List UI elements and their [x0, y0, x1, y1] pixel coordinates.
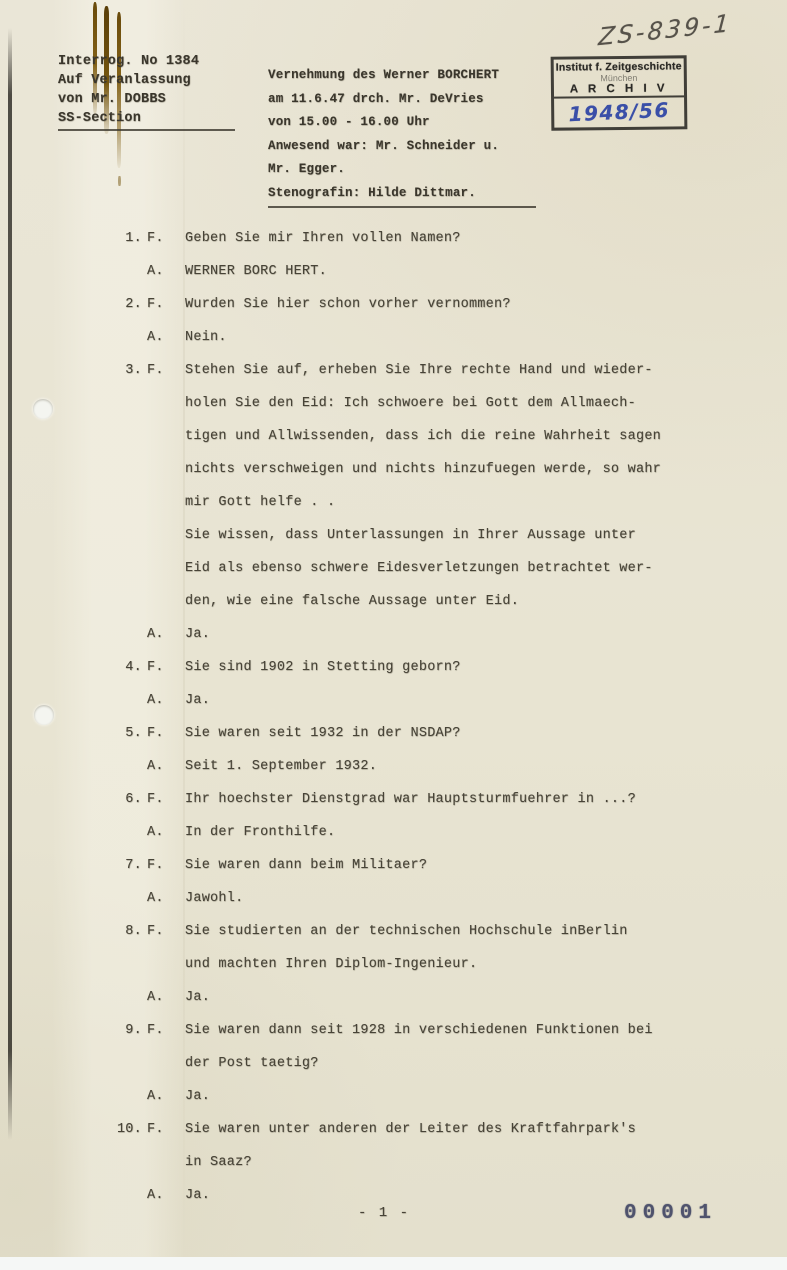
qa-letter: A.	[147, 618, 181, 651]
qa-number: 5.	[104, 717, 142, 750]
qa-number: 2.	[104, 288, 142, 321]
session-info-line: von 15.00 - 16.00 Uhr	[268, 111, 536, 135]
qa-text: Ja.	[185, 618, 210, 651]
qa-text: Ja.	[185, 1080, 210, 1113]
qa-number	[104, 1179, 142, 1212]
qa-number	[104, 1047, 142, 1080]
qa-text: Sie wissen, dass Unterlassungen in Ihrer…	[185, 519, 636, 552]
qa-number	[104, 255, 142, 288]
qa-line: 2.F.Wurden Sie hier schon vorher vernomm…	[104, 288, 661, 321]
qa-text: Ja.	[185, 684, 210, 717]
qa-letter: A.	[147, 816, 181, 849]
qa-line: den, wie eine falsche Aussage unter Eid.	[104, 585, 661, 618]
qa-line: A.Ja.	[104, 981, 661, 1014]
qa-line: 5.F.Sie waren seit 1932 in der NSDAP?	[104, 717, 661, 750]
qa-number: 8.	[104, 915, 142, 948]
qa-text: In der Fronthilfe.	[185, 816, 335, 849]
archive-stamp: Institut f. Zeitgeschichte München A R C…	[551, 55, 688, 130]
qa-line: 1.F.Geben Sie mir Ihren vollen Namen?	[104, 222, 661, 255]
session-info-line: Anwesend war: Mr. Schneider u.	[268, 135, 536, 159]
qa-number	[104, 486, 142, 519]
qa-line: A.Nein.	[104, 321, 661, 354]
interrogation-info-block: Interrog. No 1384Auf Veranlassungvon Mr.…	[58, 52, 235, 131]
qa-text: Seit 1. September 1932.	[185, 750, 377, 783]
qa-line: mir Gott helfe . .	[104, 486, 661, 519]
qa-letter: F.	[147, 1014, 181, 1047]
qa-letter: A.	[147, 1080, 181, 1113]
qa-line: holen Sie den Eid: Ich schwoere bei Gott…	[104, 387, 661, 420]
hole-punch	[33, 399, 53, 419]
qa-line: tigen und Allwissenden, dass ich die rei…	[104, 420, 661, 453]
document-page: Interrog. No 1384Auf Veranlassungvon Mr.…	[0, 0, 787, 1257]
qa-letter: F.	[147, 849, 181, 882]
qa-line: A.Ja.	[104, 684, 661, 717]
qa-text: Sie waren dann seit 1928 in verschiedene…	[185, 1014, 653, 1047]
scan-bottom-edge	[0, 1257, 787, 1270]
qa-line: 9.F.Sie waren dann seit 1928 in verschie…	[104, 1014, 661, 1047]
qa-number	[104, 321, 142, 354]
qa-letter: A.	[147, 1179, 181, 1212]
qa-number	[104, 948, 142, 981]
qa-number	[104, 420, 142, 453]
session-info-line: am 11.6.47 drch. Mr. DeVries	[268, 88, 536, 112]
stamp-accession-number: 1948/56	[554, 95, 685, 129]
page-stamp-number: 00001	[624, 1202, 717, 1225]
qa-text: den, wie eine falsche Aussage unter Eid.	[185, 585, 519, 618]
qa-number	[104, 816, 142, 849]
session-info-block: Vernehmung des Werner BORCHERTam 11.6.47…	[268, 64, 536, 208]
qa-letter	[147, 1047, 181, 1080]
qa-line: und machten Ihren Diplom-Ingenieur.	[104, 948, 661, 981]
ink-streak-drip	[118, 176, 121, 186]
qa-letter: F.	[147, 288, 181, 321]
qa-number	[104, 585, 142, 618]
qa-text: Wurden Sie hier schon vorher vernommen?	[185, 288, 511, 321]
qa-line: A.Ja.	[104, 1080, 661, 1113]
qa-text: und machten Ihren Diplom-Ingenieur.	[185, 948, 477, 981]
qa-text: Nein.	[185, 321, 227, 354]
qa-number	[104, 981, 142, 1014]
qa-text: WERNER BORC HERT.	[185, 255, 327, 288]
qa-letter: A.	[147, 750, 181, 783]
qa-text: Ja.	[185, 981, 210, 1014]
qa-list: 1.F.Geben Sie mir Ihren vollen Namen?A.W…	[104, 222, 661, 1212]
page-number: - 1 -	[358, 1205, 410, 1221]
qa-line: Eid als ebenso schwere Eidesverletzungen…	[104, 552, 661, 585]
qa-letter	[147, 948, 181, 981]
qa-letter	[147, 453, 181, 486]
qa-letter: A.	[147, 882, 181, 915]
qa-line: 4.F.Sie sind 1902 in Stetting geborn?	[104, 651, 661, 684]
qa-text: Sie waren seit 1932 in der NSDAP?	[185, 717, 461, 750]
qa-number: 6.	[104, 783, 142, 816]
qa-text: tigen und Allwissenden, dass ich die rei…	[185, 420, 661, 453]
qa-letter: F.	[147, 915, 181, 948]
qa-number	[104, 1080, 142, 1113]
qa-number	[104, 552, 142, 585]
qa-letter: A.	[147, 684, 181, 717]
qa-text: nichts verschweigen und nichts hinzufueg…	[185, 453, 661, 486]
qa-text: Sie waren dann beim Militaer?	[185, 849, 427, 882]
qa-letter: A.	[147, 255, 181, 288]
qa-number	[104, 750, 142, 783]
archive-reference-handwritten: ZS-839-1	[597, 5, 773, 52]
qa-line: A.WERNER BORC HERT.	[104, 255, 661, 288]
qa-letter	[147, 486, 181, 519]
qa-number: 9.	[104, 1014, 142, 1047]
qa-number: 1.	[104, 222, 142, 255]
stamp-archive-label: A R C H I V	[554, 82, 684, 96]
session-info-line: Mr. Egger.	[268, 158, 536, 182]
qa-line: A.Ja.	[104, 618, 661, 651]
qa-text: Eid als ebenso schwere Eidesverletzungen…	[185, 552, 653, 585]
qa-text: Geben Sie mir Ihren vollen Namen?	[185, 222, 461, 255]
qa-text: Ihr hoechster Dienstgrad war Hauptsturmf…	[185, 783, 636, 816]
interrogation-info-line: Auf Veranlassung	[58, 71, 235, 90]
qa-text: Sie studierten an der technischen Hochsc…	[185, 915, 628, 948]
qa-number: 7.	[104, 849, 142, 882]
qa-line: 10.F.Sie waren unter anderen der Leiter …	[104, 1113, 661, 1146]
qa-line: in Saaz?	[104, 1146, 661, 1179]
archive-stamp-header: Institut f. Zeitgeschichte München A R C…	[554, 58, 684, 98]
qa-letter: F.	[147, 717, 181, 750]
qa-text: holen Sie den Eid: Ich schwoere bei Gott…	[185, 387, 636, 420]
qa-number: 3.	[104, 354, 142, 387]
qa-letter: A.	[147, 981, 181, 1014]
qa-number	[104, 684, 142, 717]
qa-number	[104, 882, 142, 915]
qa-text: in Saaz?	[185, 1146, 252, 1179]
qa-line: 3.F.Stehen Sie auf, erheben Sie Ihre rec…	[104, 354, 661, 387]
qa-letter	[147, 1146, 181, 1179]
qa-text: mir Gott helfe . .	[185, 486, 335, 519]
qa-letter: F.	[147, 783, 181, 816]
qa-line: A.Seit 1. September 1932.	[104, 750, 661, 783]
qa-letter: A.	[147, 321, 181, 354]
session-info-line: Vernehmung des Werner BORCHERT	[268, 64, 536, 88]
qa-line: A.In der Fronthilfe.	[104, 816, 661, 849]
qa-text: der Post taetig?	[185, 1047, 319, 1080]
qa-letter: F.	[147, 1113, 181, 1146]
qa-line: der Post taetig?	[104, 1047, 661, 1080]
interrogation-info-line: Interrog. No 1384	[58, 52, 235, 71]
qa-letter	[147, 387, 181, 420]
qa-number	[104, 1146, 142, 1179]
qa-text: Ja.	[185, 1179, 210, 1212]
interrogation-info-line: von Mr. DOBBS	[58, 90, 235, 109]
interrogation-info-line: SS-Section	[58, 109, 235, 131]
qa-letter	[147, 585, 181, 618]
qa-line: 8.F.Sie studierten an der technischen Ho…	[104, 915, 661, 948]
scan-edge-shadow	[8, 28, 12, 1140]
qa-letter	[147, 420, 181, 453]
qa-number: 10.	[104, 1113, 142, 1146]
qa-number	[104, 618, 142, 651]
qa-text: Stehen Sie auf, erheben Sie Ihre rechte …	[185, 354, 653, 387]
qa-line: Sie wissen, dass Unterlassungen in Ihrer…	[104, 519, 661, 552]
qa-number: 4.	[104, 651, 142, 684]
qa-text: Jawohl.	[185, 882, 243, 915]
qa-letter	[147, 552, 181, 585]
hole-punch	[34, 705, 54, 725]
qa-letter: F.	[147, 651, 181, 684]
qa-text: Sie sind 1902 in Stetting geborn?	[185, 651, 461, 684]
qa-line: 6.F.Ihr hoechster Dienstgrad war Hauptst…	[104, 783, 661, 816]
qa-line: 7.F.Sie waren dann beim Militaer?	[104, 849, 661, 882]
qa-number	[104, 387, 142, 420]
qa-letter	[147, 519, 181, 552]
session-info-line: Stenografin: Hilde Dittmar.	[268, 182, 536, 209]
qa-number	[104, 519, 142, 552]
qa-number	[104, 453, 142, 486]
qa-letter: F.	[147, 354, 181, 387]
stamp-city: München	[554, 72, 684, 83]
qa-line: A.Jawohl.	[104, 882, 661, 915]
qa-text: Sie waren unter anderen der Leiter des K…	[185, 1113, 636, 1146]
qa-letter: F.	[147, 222, 181, 255]
qa-line: nichts verschweigen und nichts hinzufueg…	[104, 453, 661, 486]
